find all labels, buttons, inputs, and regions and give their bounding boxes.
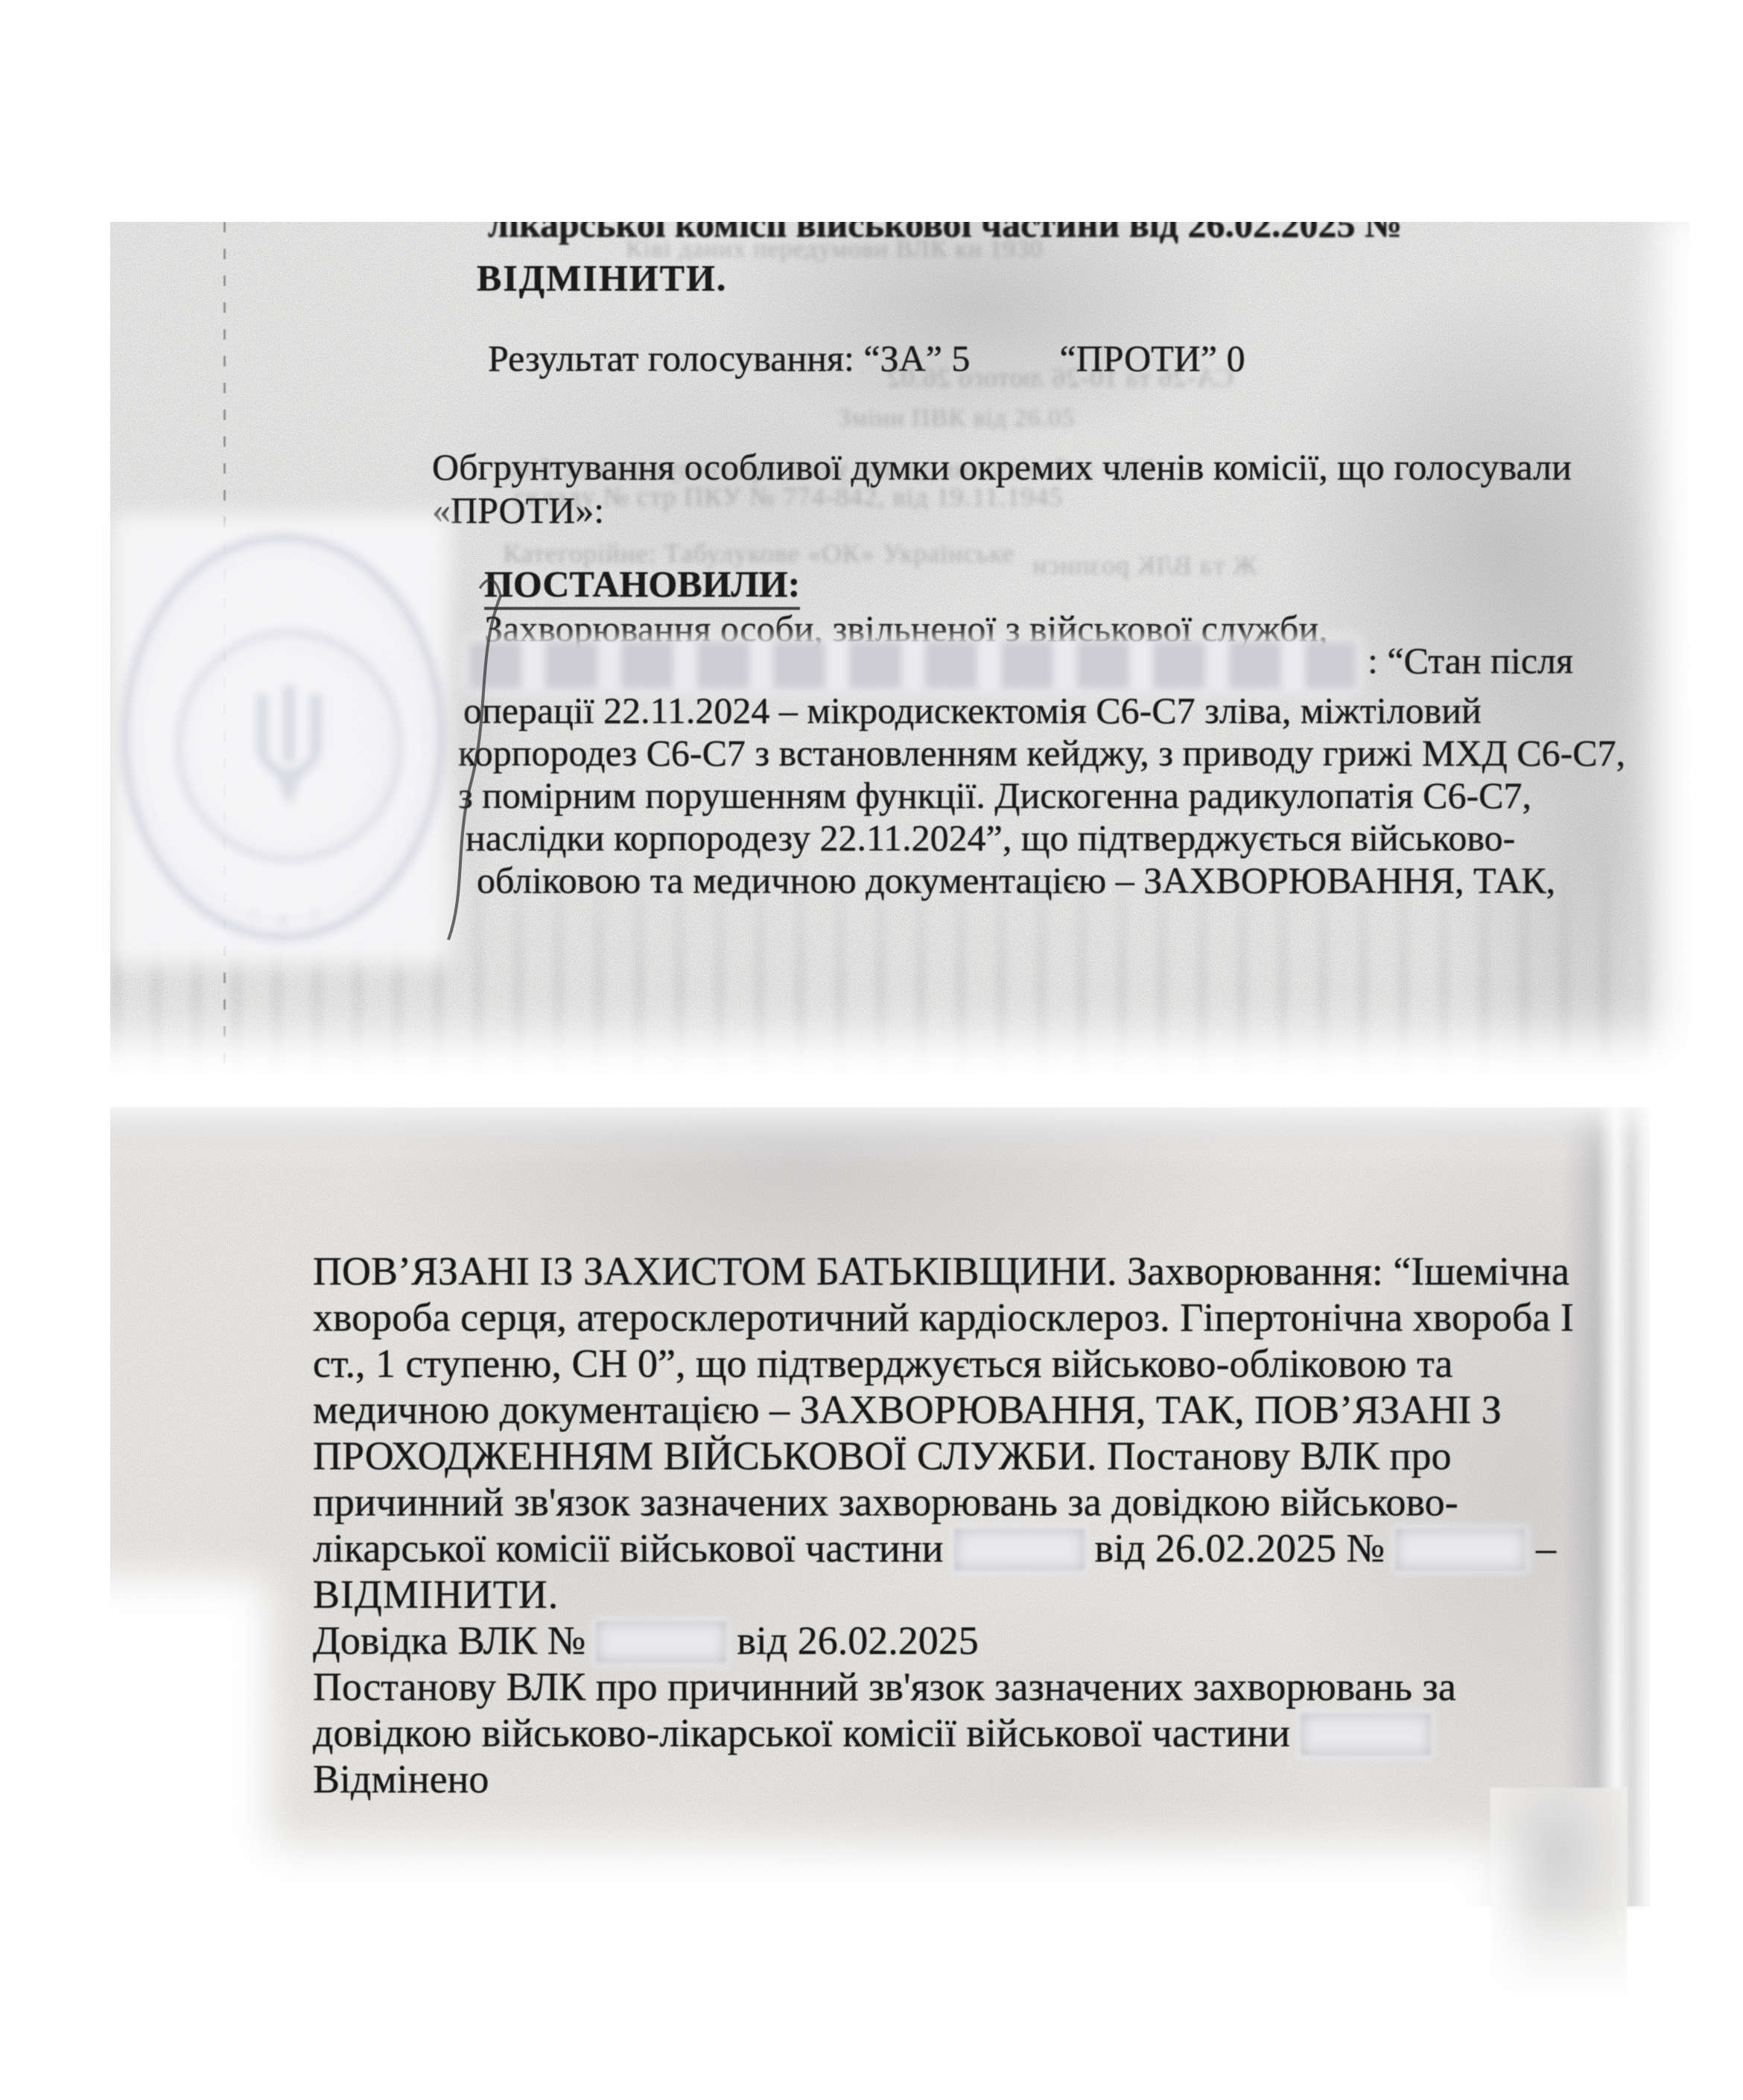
- paper-edge-strip: [1490, 1787, 1628, 2003]
- body-text-line: наслідки корпородезу 22.11.2024”, що під…: [466, 816, 1515, 859]
- edge-fade: [1648, 1095, 1743, 2040]
- redacted-reference-line: лікарської комісії військової частинивід…: [313, 1525, 1556, 1574]
- redacted-name-line: : “Стан після: [469, 639, 1573, 688]
- after-redaction-text: : “Стан після: [1368, 640, 1573, 681]
- line-text: –: [1536, 1526, 1556, 1571]
- redaction-box: [1301, 1714, 1431, 1755]
- pen-stroke-mark: [417, 551, 581, 968]
- line-text: Довідка ВЛК №: [313, 1618, 585, 1663]
- body-text-line: хвороба серця, атеросклеротичний кардіос…: [313, 1294, 1574, 1340]
- ghost-text: Ж та ВЛК розписи: [1032, 550, 1257, 581]
- line-text: від 26.02.2025 №: [1095, 1526, 1385, 1571]
- line-text: від 26.02.2025: [737, 1618, 978, 1663]
- line-text: довідкою військово-лікарської комісії ві…: [313, 1711, 1290, 1755]
- body-text-line: обліковою та медичною документацією – ЗА…: [477, 859, 1555, 902]
- body-text-line: ст., 1 ступеню, СН 0”, що підтверджуєтьс…: [313, 1340, 1452, 1387]
- justification-line: Обгрунтування особливої думки окремих чл…: [432, 445, 1572, 489]
- scanned-document-page: { "page": { "background": "#ffffff", "wi…: [0, 0, 1743, 2100]
- line-text: лікарської комісії військової частини: [313, 1526, 944, 1571]
- vote-against-text: “ПРОТИ” 0: [1059, 337, 1245, 379]
- body-text-line: ПОВ’ЯЗАНІ ІЗ ЗАХИСТОМ БАТЬКІВЩИНИ. Захво…: [313, 1248, 1569, 1294]
- body-text-line: з помірним порушенням функції. Дискогенн…: [458, 774, 1531, 817]
- trident-icon: [262, 685, 316, 797]
- body-text-line: медичною документацією – ЗАХВОРЮВАННЯ, Т…: [313, 1387, 1502, 1433]
- redaction-box: [954, 1529, 1085, 1571]
- redaction-name-band: [469, 642, 1356, 688]
- body-text-line: операції 22.11.2024 – мікродискектомія С…: [463, 689, 1482, 732]
- vote-result-text: Результат голосування: “ЗА” 5: [488, 337, 970, 379]
- clipped-header-line: лікарської комісії військової частини ві…: [488, 222, 1402, 246]
- decision-word-line: ВІДМІНИТИ.: [477, 256, 727, 299]
- body-text-line: ПРОХОДЖЕННЯМ ВІЙСЬКОВОЇ СЛУЖБИ. Постанов…: [313, 1433, 1451, 1479]
- body-text-line: корпородез С6-С7 з встановленням кейджу,…: [458, 731, 1625, 774]
- decision-word-line: ВІДМІНИТИ.: [313, 1571, 559, 1617]
- redaction-box: [1395, 1529, 1525, 1571]
- redacted-reference-line: Довідка ВЛК №від 26.02.2025: [313, 1617, 979, 1666]
- redaction-box: [596, 1621, 726, 1663]
- body-text-line: причинний зв'язок зазначених захворювань…: [313, 1479, 1458, 1525]
- vote-result-line: Результат голосування: “ЗА” 5“ПРОТИ” 0: [488, 337, 1245, 380]
- ghost-text: Зміни ПВК від 26.05: [838, 404, 1075, 433]
- body-text-line: Відмінено: [313, 1756, 489, 1802]
- redacted-reference-line: довідкою військово-лікарської комісії ві…: [313, 1710, 1441, 1758]
- scan-fragment-bottom: ПОВ’ЯЗАНІ ІЗ ЗАХИСТОМ БАТЬКІВЩИНИ. Захво…: [110, 1107, 1650, 1906]
- body-text-line: Постанову ВЛК про причинний зв'язок зазн…: [313, 1664, 1456, 1710]
